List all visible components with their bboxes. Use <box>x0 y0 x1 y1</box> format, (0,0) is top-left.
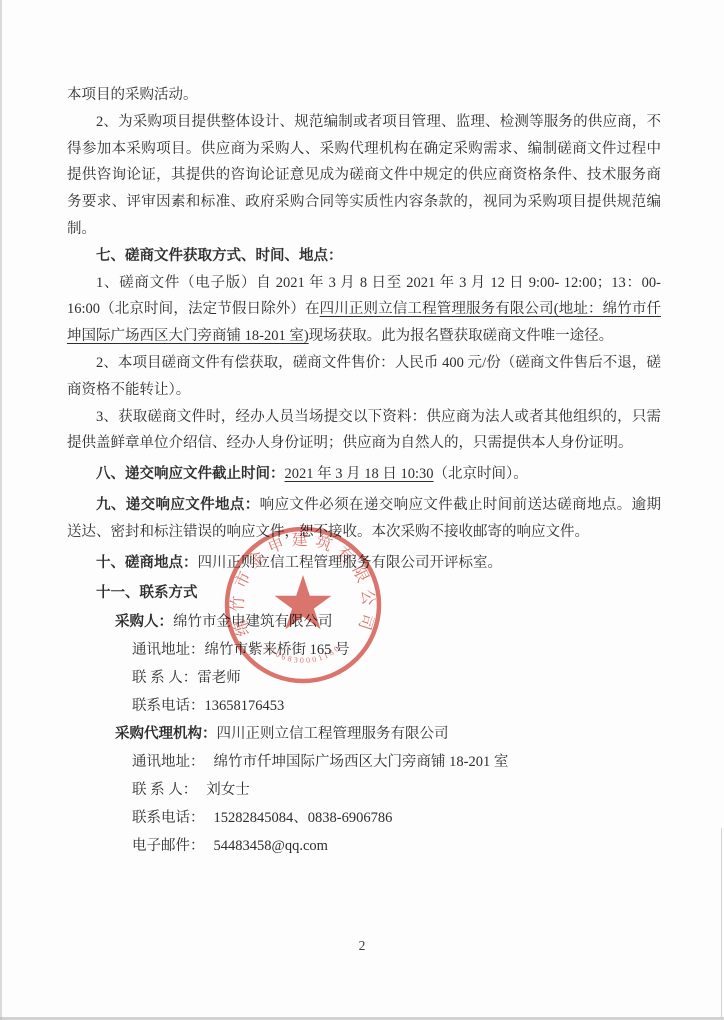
scan-edge-left <box>0 0 2 1020</box>
section-10-negotiation-place: 十、磋商地点：四川正则立信工程管理服务有限公司开评标室。 <box>67 550 661 577</box>
agency-email-line: 电子邮件：54483458@qq.com <box>67 833 661 860</box>
purchaser-phone-line: 联系电话：13658176453 <box>67 693 661 720</box>
section-8-label: 八、递交响应文件截止时间： <box>96 466 285 482</box>
document-body: 本项目的采购活动。 2、为采购项目提供整体设计、规范编制或者项目管理、监理、检测… <box>67 82 661 859</box>
agency-address-label: 通讯地址： <box>132 754 205 770</box>
agency-phone-line: 联系电话：15282845084、0838-6906786 <box>67 805 661 832</box>
section-9-delivery-place: 九、递交响应文件地点：响应文件必须在递交响应文件截止时间前送达磋商地点。逾期送达… <box>67 492 661 546</box>
agency-email: 54483458@qq.com <box>214 838 328 854</box>
purchaser-address: 绵竹市紫来桥街 165 号 <box>205 642 350 658</box>
purchaser-contact-person: 雷老师 <box>197 670 241 686</box>
section-11-heading: 十一、联系方式 <box>67 580 661 607</box>
agency-name: 四川正则立信工程管理服务有限公司 <box>217 726 449 742</box>
section-7-item-1: 1、磋商文件（电子版）自 2021 年 3 月 8 日至 2021 年 3 月 … <box>67 270 661 350</box>
section-9-label: 九、递交响应文件地点： <box>96 497 260 513</box>
agency-email-label: 电子邮件： <box>132 838 205 854</box>
agency-contact-label: 联 系 人： <box>132 782 197 798</box>
deadline-underlined: 2021 年 3 月 18 日 10:30 <box>285 466 434 482</box>
purchaser-contact-label: 联 系 人： <box>132 670 197 686</box>
purchaser-phone: 13658176453 <box>205 698 285 714</box>
purchaser-contact-block: 采购人：绵竹市金申建筑有限公司 通讯地址：绵竹市紫来桥街 165 号 联 系 人… <box>67 609 661 719</box>
scan-edge-right <box>721 828 722 1018</box>
page-number: 2 <box>0 938 724 954</box>
purchaser-address-line: 通讯地址：绵竹市紫来桥街 165 号 <box>67 637 661 664</box>
agency-contact-person: 刘女士 <box>206 782 250 798</box>
purchaser-label: 采购人： <box>115 614 173 630</box>
agency-contact-line: 联 系 人：刘女士 <box>67 777 661 804</box>
agency-address: 绵竹市仟坤国际广场西区大门旁商铺 18-201 室 <box>214 754 509 770</box>
agency-phone: 15282845084、0838-6906786 <box>214 810 393 826</box>
agency-phone-label: 联系电话： <box>132 810 205 826</box>
purchaser-phone-label: 联系电话： <box>132 698 205 714</box>
section-7-item-3: 3、获取磋商文件时，经办人员当场提交以下资料：供应商为法人或者其他组织的，只需提… <box>67 404 661 458</box>
purchaser-address-label: 通讯地址： <box>132 642 205 658</box>
section-8-rest: （北京时间）。 <box>434 466 528 482</box>
purchaser-contact-line: 联 系 人：雷老师 <box>67 665 661 692</box>
item-1-text-post: 现场获取。此为报名暨获取磋商文件唯一途径。 <box>309 328 614 344</box>
section-8-deadline-line: 八、递交响应文件截止时间：2021 年 3 月 18 日 10:30（北京时间）… <box>67 461 661 488</box>
agency-contact-block: 采购代理机构：四川正则立信工程管理服务有限公司 通讯地址：绵竹市仟坤国际广场西区… <box>67 721 661 859</box>
scanned-document-page: 本项目的采购活动。 2、为采购项目提供整体设计、规范编制或者项目管理、监理、检测… <box>0 0 724 1020</box>
purchaser-name: 绵竹市金申建筑有限公司 <box>173 614 333 630</box>
paragraph-supplier-restriction: 2、为采购项目提供整体设计、规范编制或者项目管理、监理、检测等服务的供应商，不得… <box>67 109 661 243</box>
section-10-text: 四川正则立信工程管理服务有限公司开评标室。 <box>198 555 503 571</box>
agency-address-line: 通讯地址：绵竹市仟坤国际广场西区大门旁商铺 18-201 室 <box>67 749 661 776</box>
paragraph-continuation: 本项目的采购活动。 <box>67 82 661 109</box>
section-10-label: 十、磋商地点： <box>96 555 198 571</box>
purchaser-name-line: 采购人：绵竹市金申建筑有限公司 <box>67 609 661 636</box>
agency-name-line: 采购代理机构：四川正则立信工程管理服务有限公司 <box>67 721 661 748</box>
section-7-heading: 七、磋商文件获取方式、时间、地点： <box>67 243 661 270</box>
section-7-item-2: 2、本项目磋商文件有偿获取，磋商文件售价：人民币 400 元/份（磋商文件售后不… <box>67 350 661 404</box>
agency-label: 采购代理机构： <box>115 726 217 742</box>
